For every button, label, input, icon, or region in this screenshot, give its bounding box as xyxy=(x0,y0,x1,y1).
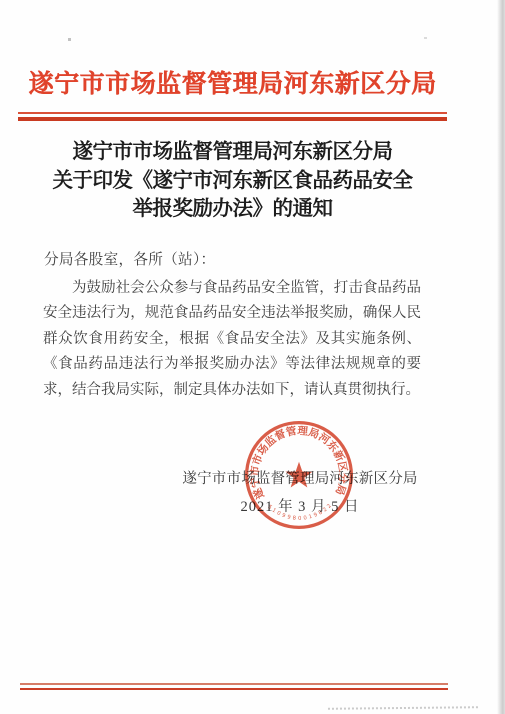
document-title-line1: 遂宁市市场监督管理局河东新区分局 xyxy=(20,138,445,167)
star-icon xyxy=(285,462,312,488)
body-paragraph: 为鼓励社会公众参与食品药品安全监管，打击食品药品安全违法行为，规范食品药品安全违… xyxy=(43,276,421,403)
salutation: 分局各股室，各所（站）： xyxy=(44,248,444,269)
letterhead-agency-name: 遂宁市市场监督管理局河东新区分局 xyxy=(0,64,465,100)
official-seal: 遂宁市市场监督管理局河东新区分局 5109980019822 xyxy=(238,414,360,536)
faint-footer-marks xyxy=(328,706,478,714)
footer-separator-thin xyxy=(20,683,448,685)
scan-speck xyxy=(424,37,427,39)
document-title-line2: 关于印发《遂宁市河东新区食品药品安全 xyxy=(20,167,445,196)
letterhead-separator-thin xyxy=(18,112,447,114)
document-title: 遂宁市市场监督管理局河东新区分局 关于印发《遂宁市河东新区食品药品安全 举报奖励… xyxy=(20,138,445,224)
page-scan-edge xyxy=(497,0,505,714)
official-document-page: 遂宁市市场监督管理局河东新区分局 遂宁市市场监督管理局河东新区分局 关于印发《遂… xyxy=(0,0,505,714)
scan-speck xyxy=(68,38,71,41)
document-title-line3: 举报奖励办法》的通知 xyxy=(20,195,445,224)
footer-separator-thick xyxy=(20,688,448,690)
letterhead-separator-thick xyxy=(18,117,447,121)
seal-code: 5109980019822 xyxy=(266,502,334,522)
